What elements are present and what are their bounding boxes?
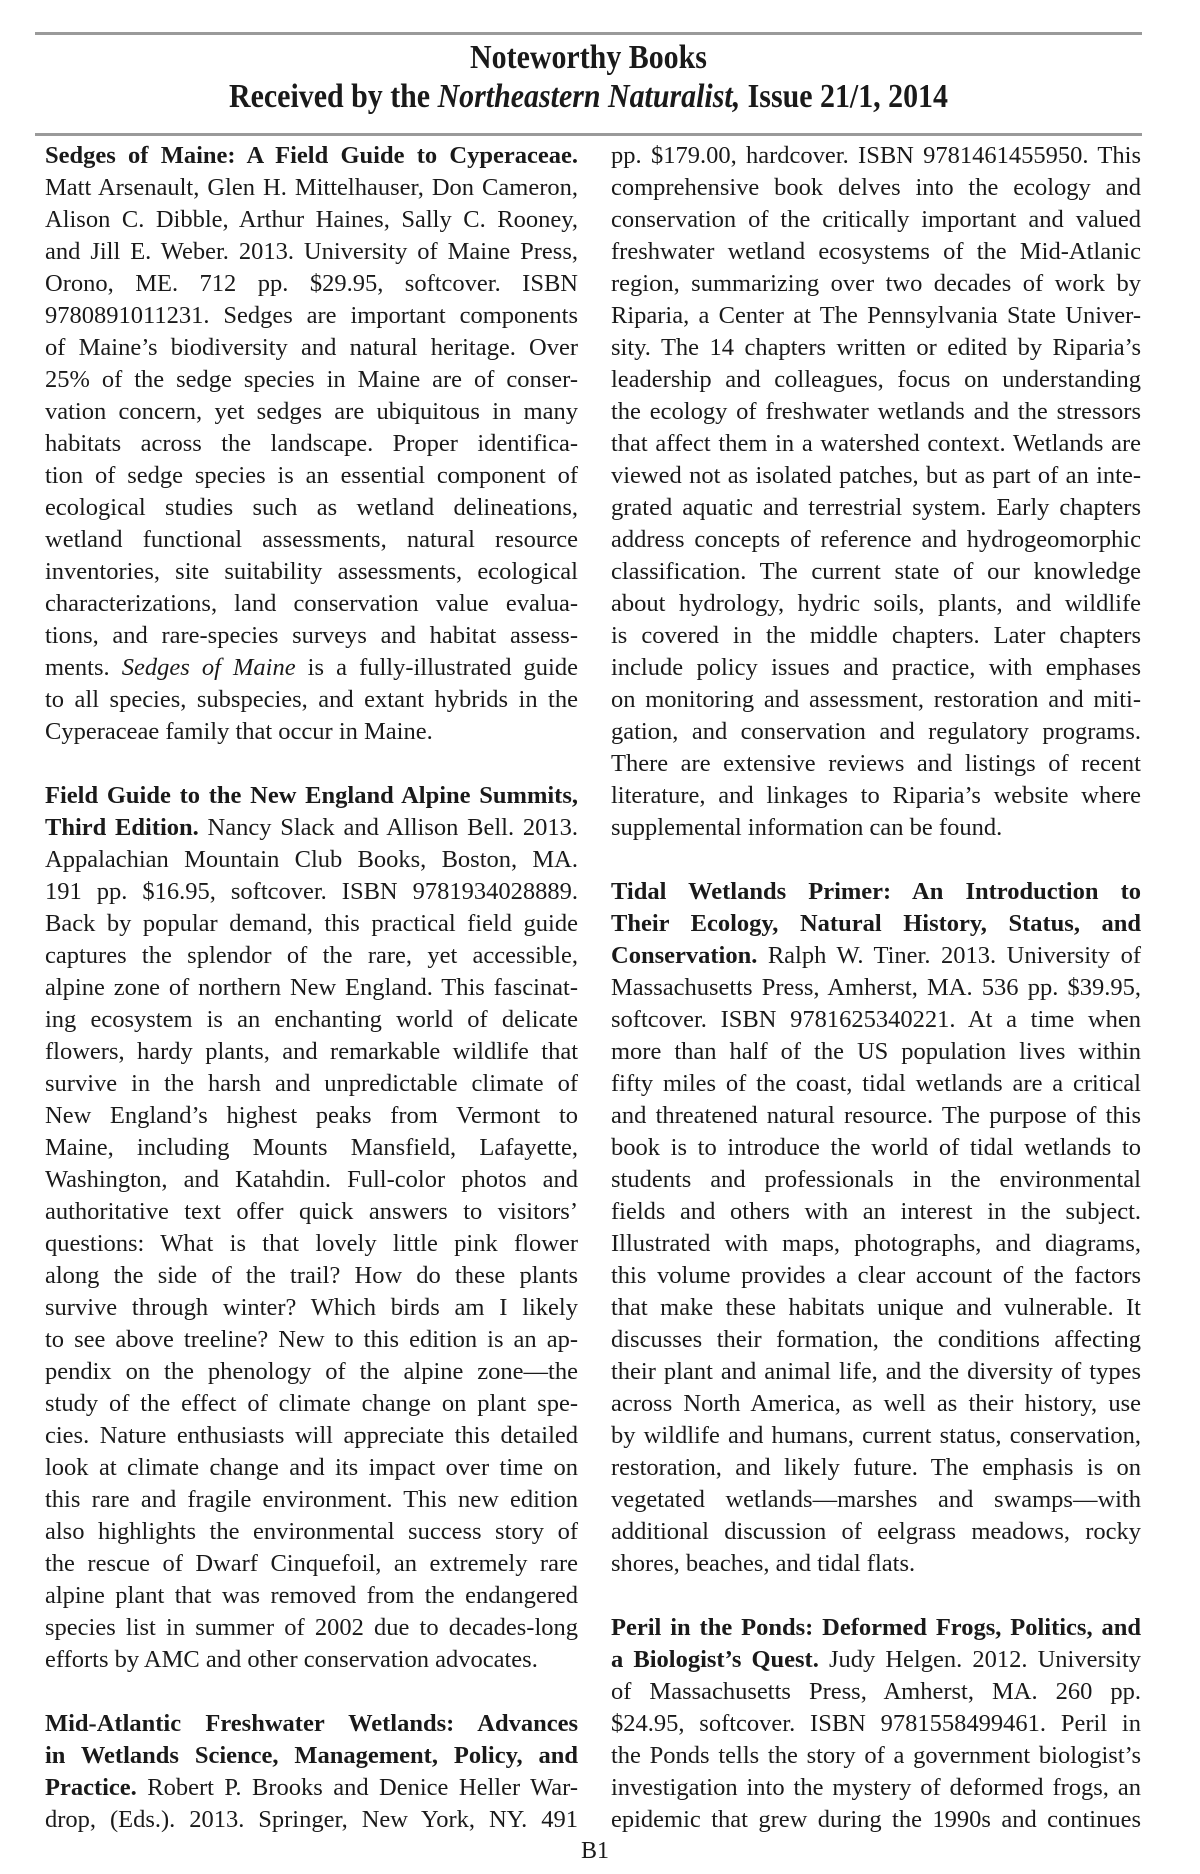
text-line-content: the ecology of freshwater wetlands and t… (611, 396, 1141, 428)
body-text: $24.95, softcover. ISBN 9781558499461. P… (611, 1710, 1141, 1737)
header-top-rule (35, 32, 1142, 35)
entry-spacer (45, 748, 578, 780)
text-line-content: Riparia, a Center at The Pennsylvania St… (611, 300, 1141, 332)
text-line-content: fields and others with an interest in th… (611, 1196, 1141, 1228)
text-line-content: this rare and fragile environment. This … (45, 1484, 578, 1516)
text-line-content: Appalachian Mountain Club Books, Boston,… (45, 844, 578, 876)
body-text: Back by popular demand, this practical f… (45, 910, 578, 937)
text-line: discusses their formation, the condition… (611, 1324, 1141, 1356)
text-line: more than half of the US population live… (611, 1036, 1141, 1068)
body-text: Ralph W. Tiner. 2013. University of (757, 942, 1141, 969)
text-line-content: vegetated wetlands—marshes and swamps—wi… (611, 1484, 1141, 1516)
body-text: Riparia, a Center at The Pennsylvania St… (611, 302, 1141, 329)
text-line: on monitoring and assessment, restoratio… (611, 684, 1141, 716)
text-line-content: Maine, including Mounts Mansfield, Lafay… (45, 1132, 578, 1164)
body-text: There are extensive reviews and listings… (611, 750, 1141, 777)
text-line-content: shores, beaches, and tidal flats. (611, 1548, 1141, 1580)
text-line: Maine, including Mounts Mansfield, Lafay… (45, 1132, 578, 1164)
book-title-text: a Biologist’s Quest. (611, 1646, 819, 1673)
text-line: 9780891011231. Sedges are important comp… (45, 300, 578, 332)
text-line: address concepts of reference and hydrog… (611, 524, 1141, 556)
text-line: shores, beaches, and tidal flats. (611, 1548, 1141, 1580)
text-line: classification. The current state of our… (611, 556, 1141, 588)
text-line: species list in summer of 2002 due to de… (45, 1612, 578, 1644)
text-line: book is to introduce the world of tidal … (611, 1132, 1141, 1164)
text-line: Cyperaceae family that occur in Maine. (45, 716, 578, 748)
book-title-text: Third Edition. (45, 814, 199, 841)
text-line-content: wetland functional assessments, natural … (45, 524, 578, 556)
text-line-content: discusses their formation, the condition… (611, 1324, 1141, 1356)
page-number-text: B1 (581, 1838, 609, 1864)
body-text: wetland functional assessments, natural … (45, 526, 578, 553)
body-text: captures the splendor of the rare, yet a… (45, 942, 578, 969)
text-line-content: classification. The current state of our… (611, 556, 1141, 588)
text-line-content: Tidal Wetlands Primer: An Introduction t… (611, 876, 1141, 908)
text-line: tions, and rare-species surveys and habi… (45, 620, 578, 652)
text-line-content: about hydrology, hydric soils, plants, a… (611, 588, 1141, 620)
text-line: in Wetlands Science, Management, Policy,… (45, 1740, 578, 1772)
text-line: grated aquatic and terrestrial system. E… (611, 492, 1141, 524)
text-line: region, summarizing over two decades of … (611, 268, 1141, 300)
body-text: this rare and fragile environment. This … (45, 1486, 578, 1513)
body-text: pp. $179.00, hardcover. ISBN 97814614559… (611, 142, 1141, 169)
entry-spacer (45, 1676, 578, 1708)
text-line: Illustrated with maps, photographs, and … (611, 1228, 1141, 1260)
text-line-content: by wildlife and humans, current status, … (611, 1420, 1141, 1452)
body-text: tions, and rare-species surveys and habi… (45, 622, 578, 649)
text-line: Tidal Wetlands Primer: An Introduction t… (611, 876, 1141, 908)
body-text: by wildlife and humans, current status, … (611, 1422, 1141, 1449)
text-line-content: 9780891011231. Sedges are important comp… (45, 300, 578, 332)
text-line-content: 25% of the sedge species in Maine are of… (45, 364, 578, 396)
text-line: about hydrology, hydric soils, plants, a… (611, 588, 1141, 620)
body-text: and Jill E. Weber. 2013. University of M… (45, 238, 578, 265)
text-line: also highlights the environmental succes… (45, 1516, 578, 1548)
body-text: ments. (45, 654, 122, 681)
body-text: vation concern, yet sedges are ubiquitou… (45, 398, 578, 425)
text-line: of Maine’s biodiversity and natural heri… (45, 332, 578, 364)
body-text: species list in summer of 2002 due to de… (45, 1614, 578, 1641)
text-line: Washington, and Katahdin. Full-color pho… (45, 1164, 578, 1196)
text-line: tion of sedge species is an essential co… (45, 460, 578, 492)
text-line: ments. Sedges of Maine is a fully-illust… (45, 652, 578, 684)
body-text: 9780891011231. Sedges are important comp… (45, 302, 578, 329)
body-text: address concepts of reference and hydrog… (611, 526, 1141, 553)
body-text: viewed not as isolated patches, but as p… (611, 462, 1141, 489)
right-column: pp. $179.00, hardcover. ISBN 97814614559… (611, 140, 1141, 1836)
body-text: the rescue of Dwarf Cinquefoil, an extre… (45, 1550, 578, 1577)
text-line-content: that affect them in a watershed context.… (611, 428, 1141, 460)
text-line: ing ecosystem is an enchanting world of … (45, 1004, 578, 1036)
body-text: fields and others with an interest in th… (611, 1198, 1141, 1225)
text-line-content: Field Guide to the New England Alpine Su… (45, 780, 578, 812)
text-line-content: also highlights the environmental succes… (45, 1516, 578, 1548)
body-text: on monitoring and assessment, restoratio… (611, 686, 1141, 713)
text-line: $24.95, softcover. ISBN 9781558499461. P… (611, 1708, 1141, 1740)
page-number: B1 (0, 1836, 1200, 1866)
text-line: Their Ecology, Natural History, Status, … (611, 908, 1141, 940)
body-text: Appalachian Mountain Club Books, Boston,… (45, 846, 578, 873)
text-line-content: There are extensive reviews and listings… (611, 748, 1141, 780)
text-line-content: Practice. Robert P. Brooks and Denice He… (45, 1772, 578, 1804)
body-text: cies. Nature enthusiasts will appreciate… (45, 1422, 578, 1449)
body-text: that affect them in a watershed context.… (611, 430, 1141, 457)
body-text: the ecology of freshwater wetlands and t… (611, 398, 1141, 425)
text-line: gation, and conservation and regulatory … (611, 716, 1141, 748)
page-title: Noteworthy Books (101, 38, 1075, 78)
text-line: Peril in the Ponds: Deformed Frogs, Poli… (611, 1612, 1141, 1644)
body-text: to all species, subspecies, and extant h… (45, 686, 578, 713)
text-line-content: characterizations, land conservation val… (45, 588, 578, 620)
body-text: grated aquatic and terrestrial system. E… (611, 494, 1141, 521)
text-line-content: species list in summer of 2002 due to de… (45, 1612, 578, 1644)
text-line-content: flowers, hardy plants, and remarkable wi… (45, 1036, 578, 1068)
text-line: students and professionals in the enviro… (611, 1164, 1141, 1196)
text-line-content: ing ecosystem is an enchanting world of … (45, 1004, 578, 1036)
text-line: look at climate change and its impact ov… (45, 1452, 578, 1484)
book-title-text: Practice. (45, 1774, 137, 1801)
text-line: Appalachian Mountain Club Books, Boston,… (45, 844, 578, 876)
text-line-content: restoration, and likely future. The emph… (611, 1452, 1141, 1484)
body-text: Judy Helgen. 2012. University (819, 1646, 1141, 1673)
text-line: alpine plant that was removed from the e… (45, 1580, 578, 1612)
text-line: pp. $179.00, hardcover. ISBN 97814614559… (611, 140, 1141, 172)
text-line: 191 pp. $16.95, softcover. ISBN 97819340… (45, 876, 578, 908)
text-line: epidemic that grew during the 1990s and … (611, 1804, 1141, 1836)
text-line-content: survive in the harsh and unpredictable c… (45, 1068, 578, 1100)
italic-title-text: Sedges of Maine (122, 654, 296, 681)
text-line-content: authoritative text offer quick answers t… (45, 1196, 578, 1228)
text-line-content: gation, and conservation and regulatory … (611, 716, 1141, 748)
text-line-content: ecological studies such as wetland delin… (45, 492, 578, 524)
text-line-content: region, summarizing over two decades of … (611, 268, 1141, 300)
text-line: freshwater wetland ecosystems of the Mid… (611, 236, 1141, 268)
body-text: survive through winter? Which birds am I… (45, 1294, 578, 1321)
text-line: flowers, hardy plants, and remarkable wi… (45, 1036, 578, 1068)
text-line-content: the Ponds tells the story of a governmen… (611, 1740, 1141, 1772)
text-line-content: New England’s highest peaks from Vermont… (45, 1100, 578, 1132)
text-line-content: book is to introduce the world of tidal … (611, 1132, 1141, 1164)
text-line: Matt Arsenault, Glen H. Mittelhauser, Do… (45, 172, 578, 204)
body-text: restoration, and likely future. The emph… (611, 1454, 1141, 1481)
body-text: the Ponds tells the story of a governmen… (611, 1742, 1141, 1769)
body-text: Maine, including Mounts Mansfield, Lafay… (45, 1134, 578, 1161)
text-line-content: leadership and colleagues, focus on unde… (611, 364, 1141, 396)
body-text: shores, beaches, and tidal flats. (611, 1550, 915, 1577)
text-line: leadership and colleagues, focus on unde… (611, 364, 1141, 396)
body-text: freshwater wetland ecosystems of the Mid… (611, 238, 1141, 265)
text-line-content: comprehensive book delves into the ecolo… (611, 172, 1141, 204)
text-line: Back by popular demand, this practical f… (45, 908, 578, 940)
text-line-content: drop, (Eds.). 2013. Springer, New York, … (45, 1804, 578, 1836)
text-line: Sedges of Maine: A Field Guide to Cypera… (45, 140, 578, 172)
text-line: cies. Nature enthusiasts will appreciate… (45, 1420, 578, 1452)
text-line-content: viewed not as isolated patches, but as p… (611, 460, 1141, 492)
subtitle-issue: Issue 21/1, 2014 (740, 78, 948, 115)
body-text: region, summarizing over two decades of … (611, 270, 1141, 297)
book-entry: Mid-Atlantic Freshwater Wetlands: Advanc… (45, 1708, 578, 1836)
body-text: Washington, and Katahdin. Full-color pho… (45, 1166, 578, 1193)
text-line-content: pp. $179.00, hardcover. ISBN 97814614559… (611, 140, 1141, 172)
body-text: drop, (Eds.). 2013. Springer, New York, … (45, 1806, 578, 1833)
text-line: supplemental information can be found. (611, 812, 1141, 844)
text-line-content: Orono, ME. 712 pp. $29.95, softcover. IS… (45, 268, 578, 300)
body-text: Matt Arsenault, Glen H. Mittelhauser, Do… (45, 174, 578, 201)
body-text: include policy issues and practice, with… (611, 654, 1141, 681)
subtitle-prefix: Received by the (229, 78, 438, 115)
left-column: Sedges of Maine: A Field Guide to Cypera… (45, 140, 578, 1836)
text-line: questions: What is that lovely little pi… (45, 1228, 578, 1260)
text-line: There are extensive reviews and listings… (611, 748, 1141, 780)
book-title-text: in Wetlands Science, Management, Policy,… (45, 1742, 578, 1769)
text-line-content: fifty miles of the coast, tidal wetlands… (611, 1068, 1141, 1100)
text-line-content: investigation into the mystery of deform… (611, 1772, 1141, 1804)
text-line: include policy issues and practice, with… (611, 652, 1141, 684)
text-line: authoritative text offer quick answers t… (45, 1196, 578, 1228)
text-line: conservation of the critically important… (611, 204, 1141, 236)
text-line: pendix on the phenology of the alpine zo… (45, 1356, 578, 1388)
text-line: survive through winter? Which birds am I… (45, 1292, 578, 1324)
text-line-content: that make these habitats unique and vuln… (611, 1292, 1141, 1324)
text-line: the ecology of freshwater wetlands and t… (611, 396, 1141, 428)
text-line: New England’s highest peaks from Vermont… (45, 1100, 578, 1132)
body-text: 25% of the sedge species in Maine are of… (45, 366, 578, 393)
text-line-content: grated aquatic and terrestrial system. E… (611, 492, 1141, 524)
body-text: more than half of the US population live… (611, 1038, 1141, 1065)
body-text: tion of sedge species is an essential co… (45, 462, 578, 489)
body-text: literature, and linkages to Riparia’s we… (611, 782, 1141, 809)
text-line: across North America, as well as their h… (611, 1388, 1141, 1420)
text-line: viewed not as isolated patches, but as p… (611, 460, 1141, 492)
book-title-text: Peril in the Ponds: Deformed Frogs, Poli… (611, 1614, 1141, 1641)
book-title-text: Their Ecology, Natural History, Status, … (611, 910, 1141, 937)
text-line-content: inventories, site suitability assessment… (45, 556, 578, 588)
text-line-content: 191 pp. $16.95, softcover. ISBN 97819340… (45, 876, 578, 908)
text-line-content: include policy issues and practice, with… (611, 652, 1141, 684)
body-text: about hydrology, hydric soils, plants, a… (611, 590, 1141, 617)
text-line-content: Mid-Atlantic Freshwater Wetlands: Advanc… (45, 1708, 578, 1740)
body-text: is a fully-illustrated guide (296, 654, 578, 681)
body-text: vegetated wetlands—marshes and swamps—wi… (611, 1486, 1141, 1513)
text-line-content: Washington, and Katahdin. Full-color pho… (45, 1164, 578, 1196)
text-line: and Jill E. Weber. 2013. University of M… (45, 236, 578, 268)
body-text: and threatened natural resource. The pur… (611, 1102, 1141, 1129)
entry-spacer (611, 1580, 1141, 1612)
header-bottom-rule (35, 133, 1142, 136)
text-line-content: pendix on the phenology of the alpine zo… (45, 1356, 578, 1388)
book-title-text: Tidal Wetlands Primer: An Introduction t… (611, 878, 1141, 905)
text-line: sity. The 14 chapters written or edited … (611, 332, 1141, 364)
text-line-content: a Biologist’s Quest. Judy Helgen. 2012. … (611, 1644, 1141, 1676)
body-text: is covered in the middle chapters. Later… (611, 622, 1141, 649)
body-text: book is to introduce the world of tidal … (611, 1134, 1141, 1161)
page-title-text: Noteworthy Books (470, 39, 707, 76)
body-text: habitats across the landscape. Proper id… (45, 430, 578, 457)
body-text: pendix on the phenology of the alpine zo… (45, 1358, 578, 1385)
text-line-content: literature, and linkages to Riparia’s we… (611, 780, 1141, 812)
text-line-content: supplemental information can be found. (611, 812, 1141, 844)
body-text: Illustrated with maps, photographs, and … (611, 1230, 1141, 1257)
text-line-content: sity. The 14 chapters written or edited … (611, 332, 1141, 364)
text-line-content: additional discussion of eelgrass meadow… (611, 1516, 1141, 1548)
text-line: Massachusetts Press, Amherst, MA. 536 pp… (611, 972, 1141, 1004)
text-line-content: study of the effect of climate change on… (45, 1388, 578, 1420)
text-line: Practice. Robert P. Brooks and Denice He… (45, 1772, 578, 1804)
text-line-content: Conservation. Ralph W. Tiner. 2013. Univ… (611, 940, 1141, 972)
text-line-content: of Maine’s biodiversity and natural heri… (45, 332, 578, 364)
body-text: study of the effect of climate change on… (45, 1390, 578, 1417)
body-text: ecological studies such as wetland delin… (45, 494, 578, 521)
text-line: survive in the harsh and unpredictable c… (45, 1068, 578, 1100)
body-text: across North America, as well as their h… (611, 1390, 1141, 1417)
body-text: their plant and animal life, and the div… (611, 1358, 1141, 1385)
text-line: vegetated wetlands—marshes and swamps—wi… (611, 1484, 1141, 1516)
text-line: and threatened natural resource. The pur… (611, 1100, 1141, 1132)
text-line-content: Back by popular demand, this practical f… (45, 908, 578, 940)
text-line: by wildlife and humans, current status, … (611, 1420, 1141, 1452)
body-text: that make these habitats unique and vuln… (611, 1294, 1141, 1321)
text-line-content: Third Edition. Nancy Slack and Allison B… (45, 812, 578, 844)
body-text: students and professionals in the enviro… (611, 1166, 1141, 1193)
body-text: characterizations, land conservation val… (45, 590, 578, 617)
body-text: additional discussion of eelgrass meadow… (611, 1518, 1141, 1545)
text-line: captures the splendor of the rare, yet a… (45, 940, 578, 972)
body-text: comprehensive book delves into the ecolo… (611, 174, 1141, 201)
text-line: comprehensive book delves into the ecolo… (611, 172, 1141, 204)
text-line: drop, (Eds.). 2013. Springer, New York, … (45, 1804, 578, 1836)
text-line-content: survive through winter? Which birds am I… (45, 1292, 578, 1324)
text-line: their plant and animal life, and the div… (611, 1356, 1141, 1388)
text-line: wetland functional assessments, natural … (45, 524, 578, 556)
text-line-content: alpine zone of northern New England. Thi… (45, 972, 578, 1004)
text-line: restoration, and likely future. The emph… (611, 1452, 1141, 1484)
text-line-content: more than half of the US population live… (611, 1036, 1141, 1068)
text-line: additional discussion of eelgrass meadow… (611, 1516, 1141, 1548)
book-title-text: Conservation. (611, 942, 757, 969)
text-line: Alison C. Dibble, Arthur Haines, Sally C… (45, 204, 578, 236)
body-text: alpine plant that was removed from the e… (45, 1582, 578, 1609)
body-text: gation, and conservation and regulatory … (611, 718, 1141, 745)
text-line: literature, and linkages to Riparia’s we… (611, 780, 1141, 812)
text-line-content: Their Ecology, Natural History, Status, … (611, 908, 1141, 940)
text-line: to all species, subspecies, and extant h… (45, 684, 578, 716)
body-text: flowers, hardy plants, and remarkable wi… (45, 1038, 578, 1065)
journal-name: Northeastern Naturalist, (438, 78, 741, 115)
text-line: this volume provides a clear account of … (611, 1260, 1141, 1292)
text-line: Third Edition. Nancy Slack and Allison B… (45, 812, 578, 844)
text-line-content: tion of sedge species is an essential co… (45, 460, 578, 492)
book-title-text: Sedges of Maine: A Field Guide to Cypera… (45, 142, 578, 169)
body-text: inventories, site suitability assessment… (45, 558, 578, 585)
body-text: 191 pp. $16.95, softcover. ISBN 97819340… (45, 878, 578, 905)
text-line: a Biologist’s Quest. Judy Helgen. 2012. … (611, 1644, 1141, 1676)
text-line-content: Sedges of Maine: A Field Guide to Cypera… (45, 140, 578, 172)
body-text: of Maine’s biodiversity and natural heri… (45, 334, 578, 361)
book-entry: pp. $179.00, hardcover. ISBN 97814614559… (611, 140, 1141, 844)
text-line: the rescue of Dwarf Cinquefoil, an extre… (45, 1548, 578, 1580)
text-line: softcover. ISBN 9781625340221. At a time… (611, 1004, 1141, 1036)
text-line-content: Massachusetts Press, Amherst, MA. 536 pp… (611, 972, 1141, 1004)
book-entry: Sedges of Maine: A Field Guide to Cypera… (45, 140, 578, 748)
text-line-content: address concepts of reference and hydrog… (611, 524, 1141, 556)
text-line: efforts by AMC and other conservation ad… (45, 1644, 578, 1676)
text-line: of Massachusetts Press, Amherst, MA. 260… (611, 1676, 1141, 1708)
body-text: alpine zone of northern New England. Thi… (45, 974, 578, 1001)
body-text: look at climate change and its impact ov… (45, 1454, 578, 1481)
text-line: fields and others with an interest in th… (611, 1196, 1141, 1228)
text-line-content: this volume provides a clear account of … (611, 1260, 1141, 1292)
body-text: Alison C. Dibble, Arthur Haines, Sally C… (45, 206, 578, 233)
body-text: classification. The current state of our… (611, 558, 1141, 585)
book-title-text: Field Guide to the New England Alpine Su… (45, 782, 578, 809)
text-line: characterizations, land conservation val… (45, 588, 578, 620)
text-line-content: along the side of the trail? How do thes… (45, 1260, 578, 1292)
text-line: is covered in the middle chapters. Later… (611, 620, 1141, 652)
body-text: efforts by AMC and other conservation ad… (45, 1646, 538, 1673)
text-line: investigation into the mystery of deform… (611, 1772, 1141, 1804)
text-line: Orono, ME. 712 pp. $29.95, softcover. IS… (45, 268, 578, 300)
body-text: this volume provides a clear account of … (611, 1262, 1141, 1289)
body-text: Massachusetts Press, Amherst, MA. 536 pp… (611, 974, 1141, 1001)
body-text: also highlights the environmental succes… (45, 1518, 578, 1545)
text-line-content: across North America, as well as their h… (611, 1388, 1141, 1420)
text-line-content: Cyperaceae family that occur in Maine. (45, 716, 578, 748)
text-line-content: their plant and animal life, and the div… (611, 1356, 1141, 1388)
book-title-text: Mid-Atlantic Freshwater Wetlands: Advanc… (45, 1710, 578, 1737)
text-line-content: to see above treeline? New to this editi… (45, 1324, 578, 1356)
body-text: New England’s highest peaks from Vermont… (45, 1102, 578, 1129)
text-line: Field Guide to the New England Alpine Su… (45, 780, 578, 812)
text-line-content: habitats across the landscape. Proper id… (45, 428, 578, 460)
text-line: along the side of the trail? How do thes… (45, 1260, 578, 1292)
text-line-content: freshwater wetland ecosystems of the Mid… (611, 236, 1141, 268)
body-text: questions: What is that lovely little pi… (45, 1230, 578, 1257)
text-line-content: epidemic that grew during the 1990s and … (611, 1804, 1141, 1836)
text-line: to see above treeline? New to this editi… (45, 1324, 578, 1356)
text-line-content: is covered in the middle chapters. Later… (611, 620, 1141, 652)
body-text: authoritative text offer quick answers t… (45, 1198, 578, 1225)
text-line-content: Alison C. Dibble, Arthur Haines, Sally C… (45, 204, 578, 236)
text-line-content: and threatened natural resource. The pur… (611, 1100, 1141, 1132)
body-text: discusses their formation, the condition… (611, 1326, 1141, 1353)
body-text: survive in the harsh and unpredictable c… (45, 1070, 578, 1097)
text-line-content: tions, and rare-species surveys and habi… (45, 620, 578, 652)
page-subtitle: Received by the Northeastern Naturalist,… (101, 77, 1075, 117)
text-line-content: and Jill E. Weber. 2013. University of M… (45, 236, 578, 268)
text-line: Mid-Atlantic Freshwater Wetlands: Advanc… (45, 1708, 578, 1740)
entry-spacer (611, 844, 1141, 876)
text-line-content: questions: What is that lovely little pi… (45, 1228, 578, 1260)
text-line-content: captures the splendor of the rare, yet a… (45, 940, 578, 972)
body-text: ing ecosystem is an enchanting world of … (45, 1006, 578, 1033)
text-line: study of the effect of climate change on… (45, 1388, 578, 1420)
text-line-content: $24.95, softcover. ISBN 9781558499461. P… (611, 1708, 1141, 1740)
body-text: to see above treeline? New to this editi… (45, 1326, 578, 1353)
book-entry: Field Guide to the New England Alpine Su… (45, 780, 578, 1676)
body-text: Cyperaceae family that occur in Maine. (45, 718, 433, 745)
text-line-content: Matt Arsenault, Glen H. Mittelhauser, Do… (45, 172, 578, 204)
body-text: Orono, ME. 712 pp. $29.95, softcover. IS… (45, 270, 578, 297)
body-text: conservation of the critically important… (611, 206, 1141, 233)
text-line-content: Illustrated with maps, photographs, and … (611, 1228, 1141, 1260)
text-line: the Ponds tells the story of a governmen… (611, 1740, 1141, 1772)
text-line: Conservation. Ralph W. Tiner. 2013. Univ… (611, 940, 1141, 972)
text-line: this rare and fragile environment. This … (45, 1484, 578, 1516)
text-line: 25% of the sedge species in Maine are of… (45, 364, 578, 396)
text-line-content: vation concern, yet sedges are ubiquitou… (45, 396, 578, 428)
body-text: leadership and colleagues, focus on unde… (611, 366, 1141, 393)
body-text: along the side of the trail? How do thes… (45, 1262, 578, 1289)
